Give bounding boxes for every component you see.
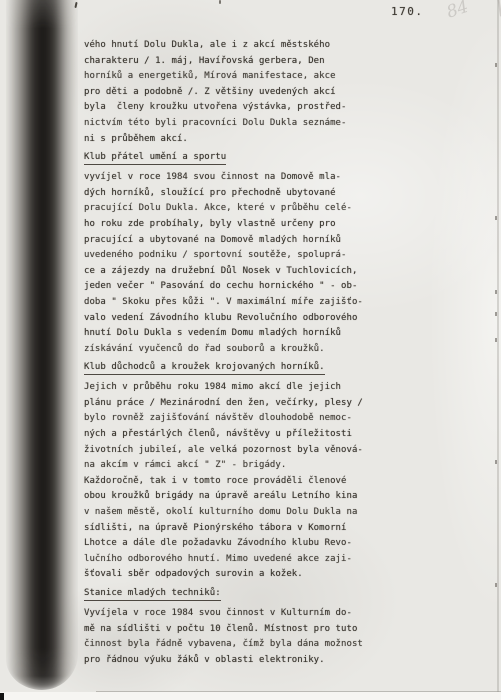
text-line: pracující Dolu Dukla. Akce, které v průb… xyxy=(84,201,476,217)
text-line: sídlišti, na úpravě Pionýrského tábora v… xyxy=(84,521,476,537)
paragraph: vyvíjel v roce 1984 svou činnost na Domo… xyxy=(84,170,476,357)
scan-speck xyxy=(495,583,497,587)
text-line: Vyvíjela v roce 1984 svou činnost v Kult… xyxy=(84,606,476,622)
text-line: šťovali sběr odpadových surovin a kožek. xyxy=(84,567,476,583)
scan-speck xyxy=(495,312,497,316)
page-number: 170. xyxy=(391,5,424,18)
text-line: Jejich v průběhu roku 1984 mimo akcí dle… xyxy=(84,380,476,396)
text-line: Každoročně, tak i v tomto roce prováděli… xyxy=(84,474,476,490)
scanned-document-page: 170. 84 vého hnutí Dolu Dukla, ale i z a… xyxy=(0,0,501,700)
text-line: vyvíjel v roce 1984 svou činnost na Domo… xyxy=(84,170,476,186)
scan-speck xyxy=(495,338,497,342)
text-line: lučního odborového hnutí. Mimo uvedené a… xyxy=(84,552,476,568)
text-line: nictvím této byli pracovníci Dolu Dukla … xyxy=(84,116,476,132)
section-heading: Klub přátel umění a sportu xyxy=(84,150,476,167)
text-line: Lhotce a dále dle požadavku Závodního kl… xyxy=(84,536,476,552)
text-line: pracující a ubytované na Domově mladých … xyxy=(84,233,476,249)
text-line: horníků a energetiků, Mírová manifestace… xyxy=(84,69,476,85)
text-line: charakteru / 1. máj, Havířovská gerbera,… xyxy=(84,54,476,70)
scan-corner-mark xyxy=(0,693,4,700)
paragraph: Každoročně, tak i v tomto roce prováděli… xyxy=(84,474,476,583)
text-line: hnutí Dolu Dukla s vedením Domu mladých … xyxy=(84,326,476,342)
section-heading-text: Stanice mladých techniků: xyxy=(84,588,221,601)
paragraph: Vyvíjela v roce 1984 svou činnost v Kult… xyxy=(84,606,476,668)
text-line: dých horníků, sloužící pro přechodně uby… xyxy=(84,186,476,202)
scan-speck xyxy=(495,63,497,67)
paragraph: Jejich v průběhu roku 1984 mimo akcí dle… xyxy=(84,380,476,474)
document-text: vého hnutí Dolu Dukla, ale i z akcí měst… xyxy=(84,38,476,668)
text-line: pro děti a podobně /. Z většiny uvedenýc… xyxy=(84,85,476,101)
text-line: doba " Skoku přes kůži ". V maximální mí… xyxy=(84,295,476,311)
text-line: v našem městě, okolí kulturního domu Dol… xyxy=(84,505,476,521)
text-line: valo vedení Závodního klubu Revolučního … xyxy=(84,311,476,327)
scan-speck xyxy=(495,216,497,220)
text-line: činnost byla řádně vybavena, čímž byla d… xyxy=(84,637,476,653)
paragraph: vého hnutí Dolu Dukla, ale i z akcí měst… xyxy=(84,38,476,147)
text-line: ce a zájezdy na družební Důl Nosek v Tuc… xyxy=(84,264,476,280)
section-heading: Klub důchodců a kroužek krojovaných horn… xyxy=(84,360,476,377)
text-line: získávání vyučenců do řad souborů a krou… xyxy=(84,342,476,358)
scan-bottom-edge xyxy=(0,692,501,700)
text-line: ných a přestárlých členů, návštěvy u pří… xyxy=(84,427,476,443)
text-line: vého hnutí Dolu Dukla, ale i z akcí měst… xyxy=(84,38,476,54)
text-line: životních jubileí, ale velká pozornost b… xyxy=(84,443,476,459)
text-line: byla členy kroužku utvořena výstávka, pr… xyxy=(84,100,476,116)
text-line: plánu práce / Mezinárodní den žen, večír… xyxy=(84,396,476,412)
text-line: ho roku zde probíhaly, byly vlastně urče… xyxy=(84,217,476,233)
handwritten-mark: 84 xyxy=(444,0,501,42)
text-line: ni s průběhem akcí. xyxy=(84,132,476,148)
scan-speck xyxy=(219,0,221,4)
book-gutter-shadow xyxy=(6,0,78,690)
section-heading-text: Klub přátel umění a sportu xyxy=(84,152,226,165)
scan-speck xyxy=(495,460,497,464)
text-line: bylo rovněž zajišťování návštěv dlouhodo… xyxy=(84,411,476,427)
text-line: pro řádnou výuku žáků v oblasti elektron… xyxy=(84,653,476,669)
text-line: obou kroužků brigády na úpravě areálu Le… xyxy=(84,489,476,505)
text-line: jeden večer " Pasování do cechu hornické… xyxy=(84,279,476,295)
page-edge-line xyxy=(497,0,499,700)
section-heading-text: Klub důchodců a kroužek krojovaných horn… xyxy=(84,362,325,375)
text-line: mě na sídlišti v počtu 10 členů. Místnos… xyxy=(84,622,476,638)
text-line: na akcím v rámci akcí " Z" - brigády. xyxy=(84,458,476,474)
handwritten-mark-text: 84 xyxy=(444,0,471,23)
section-heading: Stanice mladých techniků: xyxy=(84,586,476,603)
scan-speck xyxy=(495,290,497,294)
text-line: uvedeného podniku / sportovní soutěže, s… xyxy=(84,248,476,264)
